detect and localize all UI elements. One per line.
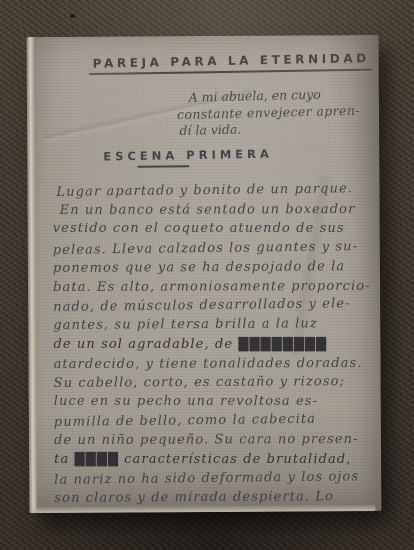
manuscript-line: pumilla de bello, como la cabecita [54, 411, 377, 434]
manuscript-line: son claros y de mirada despierta. Lo [54, 489, 377, 510]
manuscript-line: Su cabello, corto, es castaño y rizoso; [54, 374, 377, 395]
manuscript-body: Lugar apartado y bonito de un parque. En… [52, 182, 377, 510]
photo-background: PAREJA PARA LA ETERNIDAD A mi abuela, en… [0, 0, 414, 550]
dedication-block: A mi abuela, en cuyo constante envejecer… [178, 85, 389, 139]
manuscript-line: atardecido, y tiene tonalidades doradas. [54, 356, 377, 376]
manuscript-line: peleas. Lleva calzados los guantes y su- [53, 239, 376, 262]
manuscript-line: vestido con el coqueto atuendo de sus [53, 221, 376, 240]
manuscript-line: Lugar apartado y bonito de un parque. [52, 181, 375, 204]
scene-heading: ESCENA PRIMERA [103, 147, 273, 164]
manuscript-line-with-strikeout: de un sol agradable, de ████████ [53, 336, 376, 355]
manuscript-line: la nariz no ha sido deformada y los ojos [54, 469, 377, 492]
manuscript-title: PAREJA PARA LA ETERNIDAD [93, 51, 370, 71]
manuscript-line: gantes, su piel tersa brilla a la luz [53, 316, 376, 337]
manuscript-page: PAREJA PARA LA ETERNIDAD A mi abuela, en… [27, 35, 382, 513]
manuscript-line: de un niño pequeño. Su cara no presen- [54, 432, 377, 452]
manuscript-line-with-strikeout: ta ████ características de brutalidad, [54, 452, 377, 471]
manuscript-line: luce en su pecho una revoltosa es- [54, 394, 377, 413]
background-speck [70, 14, 75, 18]
manuscript-line: En un banco está sentado un boxeador [53, 202, 376, 222]
manuscript-line: ponemos que ya se ha despojado de la [53, 259, 376, 280]
page-edge-highlight [27, 37, 38, 513]
dedication-line: dí la vida. [179, 118, 389, 139]
